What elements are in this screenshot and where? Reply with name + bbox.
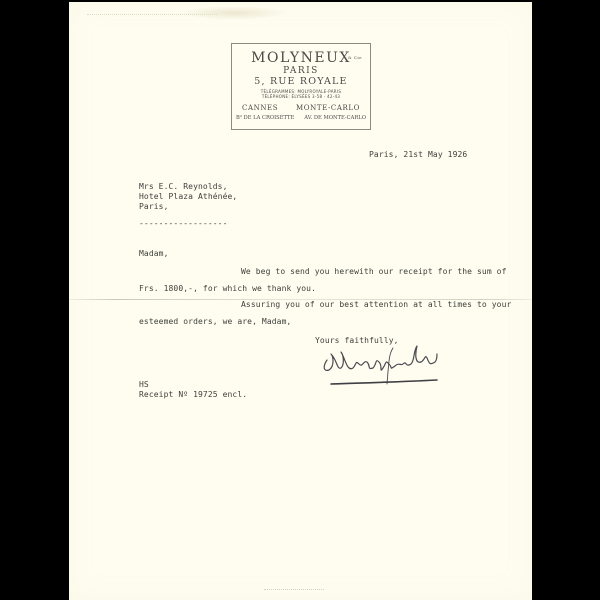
branch-address-monte-carlo: AV. DE MONTE-CARLO [304, 115, 366, 121]
branch-address-cannes: Bᵈ DE LA CROISETTE [236, 115, 294, 121]
letterhead: MOLYNEUX & Cie PARIS 5, RUE ROYALE TÉLÉG… [231, 43, 371, 130]
letter-paper: MOLYNEUX & Cie PARIS 5, RUE ROYALE TÉLÉG… [69, 2, 532, 600]
letterhead-address: 5, RUE ROYALE [232, 76, 370, 87]
body-line-3: Assuring you of our best attention at al… [241, 300, 511, 310]
paper-stain [179, 6, 289, 20]
letterhead-branch-addresses: Bᵈ DE LA CROISETTE AV. DE MONTE-CARLO [236, 115, 366, 121]
recipient-line-3: Paris, [139, 202, 169, 212]
letterhead-company-suffix: & Cie [348, 55, 362, 60]
recipient-line-1: Mrs E.C. Reynolds, [139, 182, 228, 192]
address-separator: ------------------ [139, 219, 228, 229]
body-line-1: We beg to send you herewith our receipt … [241, 267, 507, 277]
letterhead-city: PARIS [232, 66, 370, 76]
branch-monte-carlo: MONTE-CARLO [296, 104, 360, 112]
faint-footer-text [264, 589, 324, 591]
letterhead-telephone: TÉLÉPHONE: ÉLYSÉES 3-58 · 42-43 [232, 94, 370, 99]
body-line-4: esteemed orders, we are, Madam, [139, 317, 291, 327]
letterhead-branches: CANNES MONTE-CARLO [242, 104, 360, 112]
dateline: Paris, 21st May 1926 [369, 150, 467, 160]
faint-header-text [87, 14, 217, 17]
recipient-line-2: Hotel Plaza Athénée, [139, 192, 237, 202]
salutation: Madam, [139, 249, 169, 259]
typist-initials: HS [139, 380, 149, 390]
branch-cannes: CANNES [242, 104, 278, 112]
body-line-2: Frs. 1800,-, for which we thank you. [139, 284, 316, 294]
enclosure-note: Receipt Nº 19725 encl. [139, 390, 247, 400]
signature [319, 340, 454, 400]
